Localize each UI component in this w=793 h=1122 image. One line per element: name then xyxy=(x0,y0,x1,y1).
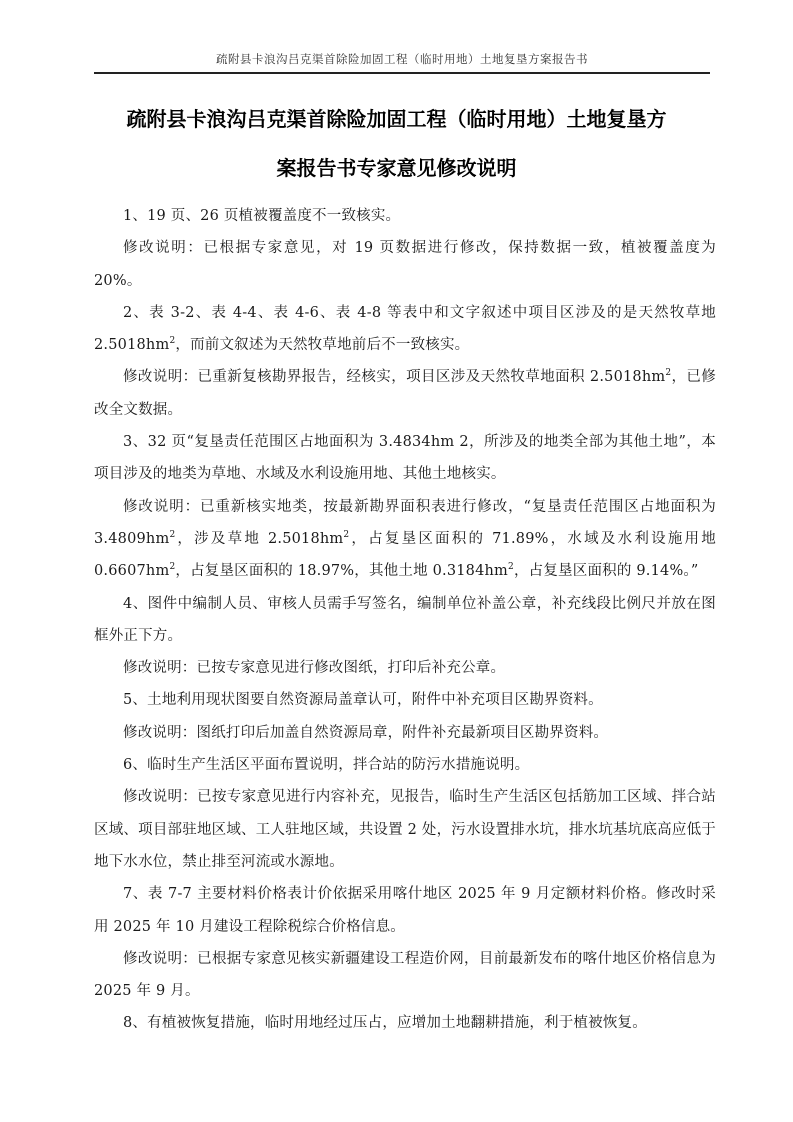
running-header-title: 疏附县卡浪沟吕克渠首除险加固工程（临时用地）土地复垦方案报告书 xyxy=(216,52,588,66)
document-title-line-2: 案报告书专家意见修改说明 xyxy=(60,152,733,181)
issue-3: 3、32 页“复垦责任范围区占地面积为 3.4834hm 2，所涉及的地类全部为… xyxy=(94,426,716,491)
issue-8: 8、有植被恢复措施，临时用地经过压占，应增加土地翻耕措施，利于植被恢复。 xyxy=(94,1007,716,1039)
response-7: 修改说明：已根据专家意见核实新疆建设工程造价网，目前最新发布的喀什地区价格信息为… xyxy=(94,943,716,1008)
issue-5: 5、土地利用现状图要自然资源局盖章认可，附件中补充项目区勘界资料。 xyxy=(94,684,716,716)
response-5: 修改说明：图纸打印后加盖自然资源局章，附件补充最新项目区勘界资料。 xyxy=(94,717,716,749)
issue-6: 6、临时生产生活区平面布置说明，拌合站的防污水措施说明。 xyxy=(94,749,716,781)
document-body: 1、19 页、26 页植被覆盖度不一致核实。 修改说明：已根据专家意见，对 19… xyxy=(94,200,716,1040)
issue-4: 4、图件中编制人员、审核人员需手写签名，编制单位补盖公章，补充线段比例尺并放在图… xyxy=(94,588,716,653)
issue-2: 2、表 3-2、表 4-4、表 4-6、表 4-8 等表中和文字叙述中项目区涉及… xyxy=(94,297,716,362)
issue-7: 7、表 7-7 主要材料价格表计价依据采用喀什地区 2025 年 9 月定额材料… xyxy=(94,878,716,943)
running-header: 疏附县卡浪沟吕克渠首除险加固工程（临时用地）土地复垦方案报告书 xyxy=(94,50,710,74)
document-title-line-1: 疏附县卡浪沟吕克渠首除险加固工程（临时用地）土地复垦方 xyxy=(60,103,733,132)
issue-1: 1、19 页、26 页植被覆盖度不一致核实。 xyxy=(94,200,716,232)
response-1: 修改说明：已根据专家意见，对 19 页数据进行修改，保持数据一致，植被覆盖度为 … xyxy=(94,232,716,297)
response-2: 修改说明：已重新复核勘界报告，经核实，项目区涉及天然牧草地面积 2.5018hm… xyxy=(94,361,716,426)
response-4: 修改说明：已按专家意见进行修改图纸，打印后补充公章。 xyxy=(94,652,716,684)
response-3: 修改说明：已重新核实地类，按最新勘界面积表进行修改，“复垦责任范围区占地面积为 … xyxy=(94,491,716,588)
response-6: 修改说明：已按专家意见进行内容补充，见报告，临时生产生活区包括筋加工区域、拌合站… xyxy=(94,781,716,878)
